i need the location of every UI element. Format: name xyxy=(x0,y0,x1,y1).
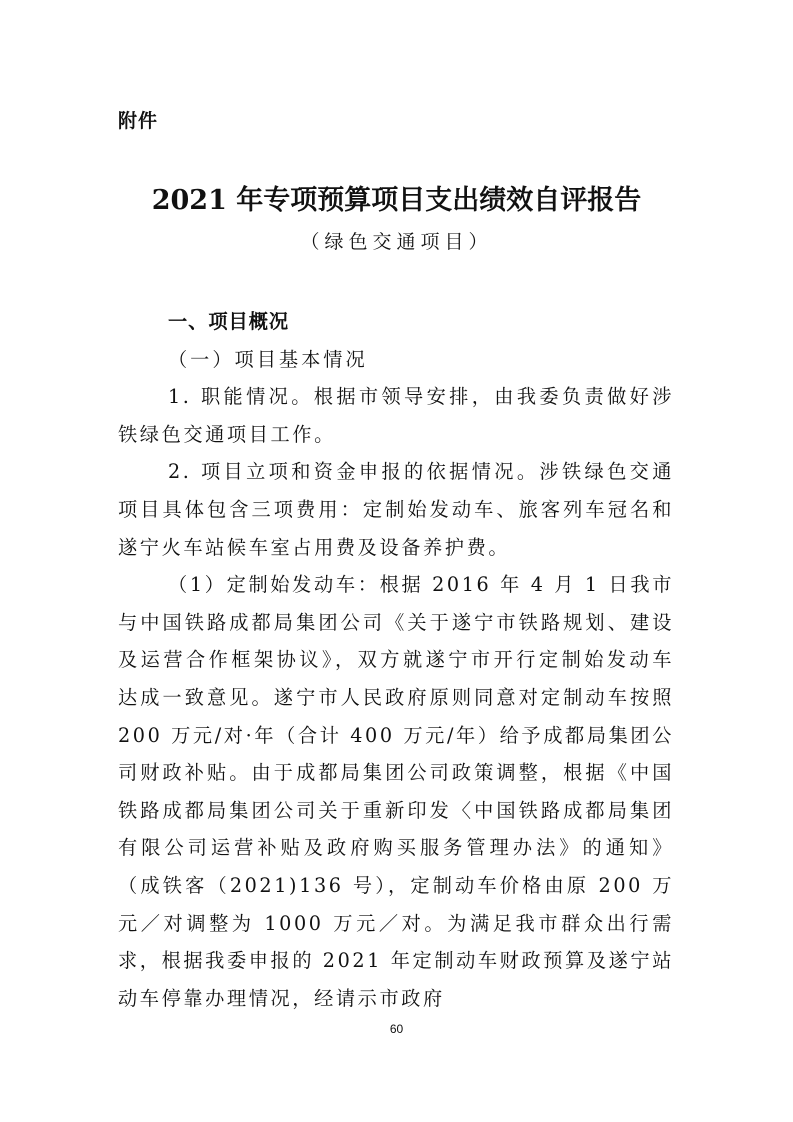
document-subtitle: （绿色交通项目） xyxy=(0,227,793,254)
section-heading: 一、项目概况 xyxy=(118,303,674,341)
document-page: 附件 2021 年专项预算项目支出绩效自评报告 （绿色交通项目） 一、项目概况 … xyxy=(0,0,793,1122)
paragraph-project-basis: 2. 项目立项和资金申报的依据情况。涉铁绿色交通项目具体包含三项费用：定制始发动… xyxy=(118,453,674,566)
paragraph-functions: 1. 职能情况。根据市领导安排，由我委负责做好涉铁绿色交通项目工作。 xyxy=(118,378,674,453)
page-number: 60 xyxy=(0,1022,793,1036)
document-body: 一、项目概况 （一）项目基本情况 1. 职能情况。根据市领导安排，由我委负责做好… xyxy=(118,303,674,1017)
document-title: 2021 年专项预算项目支出绩效自评报告 xyxy=(0,178,793,217)
paragraph-custom-emu-train: （1）定制始发动车：根据 2016 年 4 月 1 日我市与中国铁路成都局集团公… xyxy=(118,566,674,1017)
section-subheading: （一）项目基本情况 xyxy=(118,341,674,379)
attachment-label: 附件 xyxy=(118,106,158,133)
